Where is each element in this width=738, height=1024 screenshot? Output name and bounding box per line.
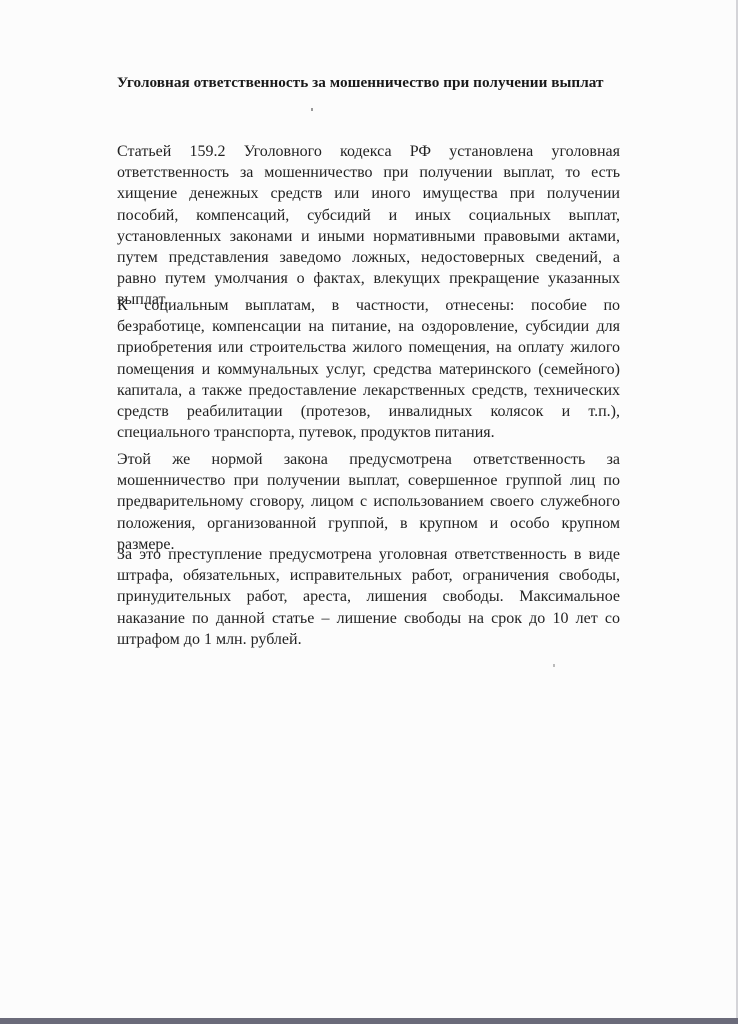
document-title: Уголовная ответственность за мошенничест… xyxy=(117,74,717,92)
paragraph-article-159-2: Статьей 159.2 Уголовного кодекса РФ уста… xyxy=(117,141,620,311)
scan-artifact xyxy=(311,108,313,111)
scan-artifact xyxy=(553,664,555,667)
scanned-page: Уголовная ответственность за мошенничест… xyxy=(0,0,738,1024)
scan-bottom-edge xyxy=(0,1018,738,1024)
paragraph-social-payments: К социальным выплатам, в частности, отне… xyxy=(117,295,620,443)
paragraph-aggravating-circumstances: Этой же нормой закона предусмотрена отве… xyxy=(117,449,620,555)
paragraph-penalties: За это преступление предусмотрена уголов… xyxy=(117,544,620,650)
